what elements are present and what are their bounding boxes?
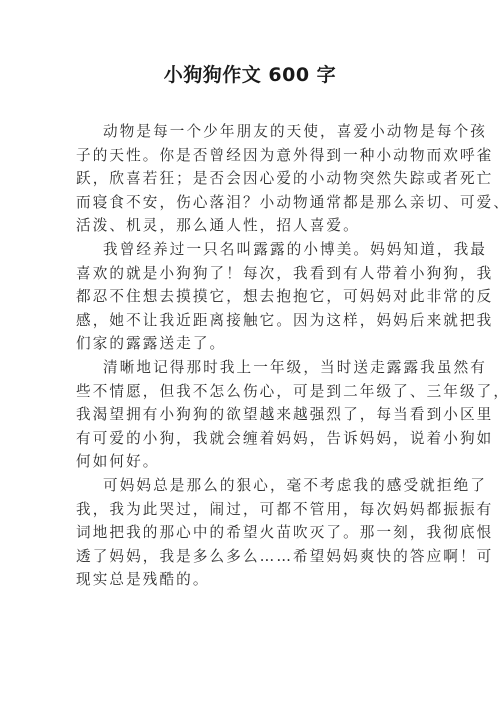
paragraph-3: 清晰地记得那时我上一年级，当时送走露露我虽然有 些不情愿，但我不怎么伤心，可是到… [76, 356, 412, 474]
paragraph-line: 词地把我的那心中的希望火苗吹灭了。那一刻，我彻底恨 [76, 521, 412, 545]
paragraph-line: 活泼、机灵，那么通人性，招人喜爱。 [76, 214, 412, 238]
paragraph-line: 跃，欣喜若狂；是否会因心爱的小动物突然失踪或者死亡 [76, 167, 412, 191]
paragraph-line: 清晰地记得那时我上一年级，当时送走露露我虽然有 [76, 356, 412, 380]
paragraph-line: 有可爱的小狗，我就会缠着妈妈，告诉妈妈，说着小狗如 [76, 427, 412, 451]
paragraph-line: 我，我为此哭过，闹过，可都不管用，每次妈妈都振振有 [76, 498, 412, 522]
document-body: 动物是每一个少年朋友的天使，喜爱小动物是每个孩 子的天性。你是否曾经因为意外得到… [76, 120, 412, 592]
paragraph-line: 而寝食不安，伤心落泪？小动物通常都是那么亲切、可爱、 [76, 191, 412, 215]
paragraph-line: 些不情愿，但我不怎么伤心，可是到二年级了、三年级了， [76, 380, 412, 404]
paragraph-line: 动物是每一个少年朋友的天使，喜爱小动物是每个孩 [76, 120, 412, 144]
paragraph-line: 喜欢的就是小狗狗了！每次，我看到有人带着小狗狗，我 [76, 262, 412, 286]
paragraph-line: 现实总是残酷的。 [76, 568, 412, 592]
document-page: 小狗狗作文 600 字 动物是每一个少年朋友的天使，喜爱小动物是每个孩 子的天性… [0, 0, 500, 708]
paragraph-line: 们家的露露送走了。 [76, 332, 412, 356]
paragraph-line: 子的天性。你是否曾经因为意外得到一种小动物而欢呼雀 [76, 144, 412, 168]
paragraph-line: 都忍不住想去摸摸它，想去抱抱它，可妈妈对此非常的反 [76, 285, 412, 309]
paragraph-2: 我曾经养过一只名叫露露的小博美。妈妈知道，我最 喜欢的就是小狗狗了！每次，我看到… [76, 238, 412, 356]
paragraph-line: 何如何好。 [76, 450, 412, 474]
paragraph-line: 透了妈妈，我是多么多么……希望妈妈爽快的答应啊！可 [76, 545, 412, 569]
paragraph-1: 动物是每一个少年朋友的天使，喜爱小动物是每个孩 子的天性。你是否曾经因为意外得到… [76, 120, 412, 238]
paragraph-line: 我曾经养过一只名叫露露的小博美。妈妈知道，我最 [76, 238, 412, 262]
paragraph-4: 可妈妈总是那么的狠心，毫不考虑我的感受就拒绝了 我，我为此哭过，闹过，可都不管用… [76, 474, 412, 592]
paragraph-line: 我渴望拥有小狗狗的欲望越来越强烈了，每当看到小区里 [76, 403, 412, 427]
paragraph-line: 可妈妈总是那么的狠心，毫不考虑我的感受就拒绝了 [76, 474, 412, 498]
document-title: 小狗狗作文 600 字 [0, 62, 500, 88]
paragraph-line: 感，她不让我近距离接触它。因为这样，妈妈后来就把我 [76, 309, 412, 333]
